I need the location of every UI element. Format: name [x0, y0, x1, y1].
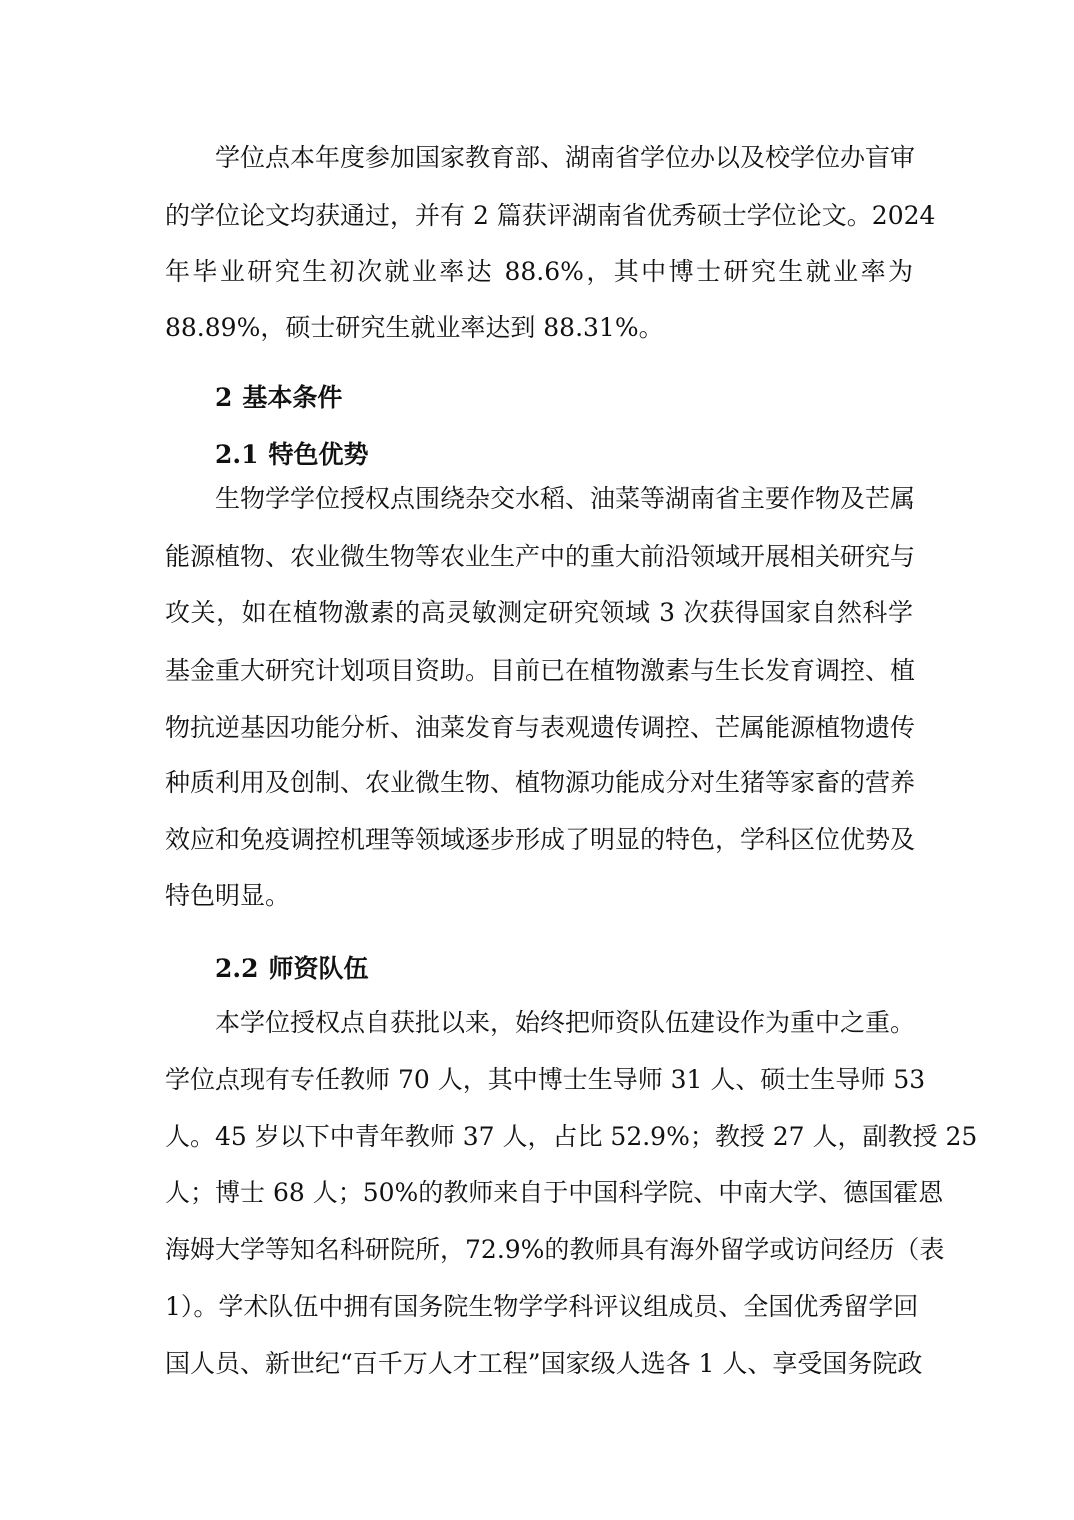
text-line: 种质利用及创制、农业微生物、植物源功能成分对生猪等家畜的营养	[165, 763, 913, 803]
text-line: 攻关，如在植物激素的高灵敏测定研究领域 3 次获得国家自然科学	[165, 593, 913, 633]
text-line: 能源植物、农业微生物等农业生产中的重大前沿领域开展相关研究与	[165, 537, 913, 577]
text-line: 物抗逆基因功能分析、油菜发育与表观遗传调控、芒属能源植物遗传	[165, 708, 913, 748]
text-line: 生物学学位授权点围绕杂交水稻、油菜等湖南省主要作物及芒属	[215, 479, 913, 519]
section-title: 师资队伍	[269, 954, 369, 983]
section-title: 基本条件	[242, 383, 342, 412]
text-line: 海姆大学等知名科研院所，72.9%的教师具有海外留学或访问经历（表	[165, 1230, 913, 1270]
text-line: 的学位论文均获通过，并有 2 篇获评湖南省优秀硕士学位论文。2024	[165, 196, 913, 236]
section-title: 特色优势	[269, 440, 369, 469]
text-line: 国人员、新世纪“百千万人才工程”国家级人选各 1 人、享受国务院政	[165, 1344, 913, 1384]
document-page: 学位点本年度参加国家教育部、湖南省学位办以及校学位办盲审 的学位论文均获通过，并…	[0, 0, 1074, 1520]
section-heading-2-1: 2.1特色优势	[215, 435, 369, 475]
text-line: 学位点现有专任教师 70 人，其中博士生导师 31 人、硕士生导师 53	[165, 1060, 913, 1100]
section-number: 2	[215, 383, 232, 412]
text-line: 本学位授权点自获批以来，始终把师资队伍建设作为重中之重。	[215, 1003, 913, 1043]
text-line: 人。45 岁以下中青年教师 37 人，占比 52.9%；教授 27 人，副教授 …	[165, 1117, 913, 1157]
section-heading-2-2: 2.2师资队伍	[215, 949, 369, 989]
text-line: 学位点本年度参加国家教育部、湖南省学位办以及校学位办盲审	[215, 138, 913, 178]
section-number: 2.1	[215, 440, 259, 469]
section-number: 2.2	[215, 954, 259, 983]
text-line: 基金重大研究计划项目资助。目前已在植物激素与生长发育调控、植	[165, 651, 913, 691]
text-line: 效应和免疫调控机理等领域逐步形成了明显的特色，学科区位优势及	[165, 820, 913, 860]
text-line: 人；博士 68 人；50%的教师来自于中国科学院、中南大学、德国霍恩	[165, 1173, 913, 1213]
text-line: 特色明显。	[165, 876, 913, 916]
text-line: 1）。学术队伍中拥有国务院生物学学科评议组成员、全国优秀留学回	[165, 1287, 913, 1327]
section-heading-2: 2基本条件	[215, 378, 342, 418]
text-line: 88.89%，硕士研究生就业率达到 88.31%。	[165, 308, 913, 348]
text-line: 年毕业研究生初次就业率达 88.6%，其中博士研究生就业率为	[165, 252, 913, 292]
